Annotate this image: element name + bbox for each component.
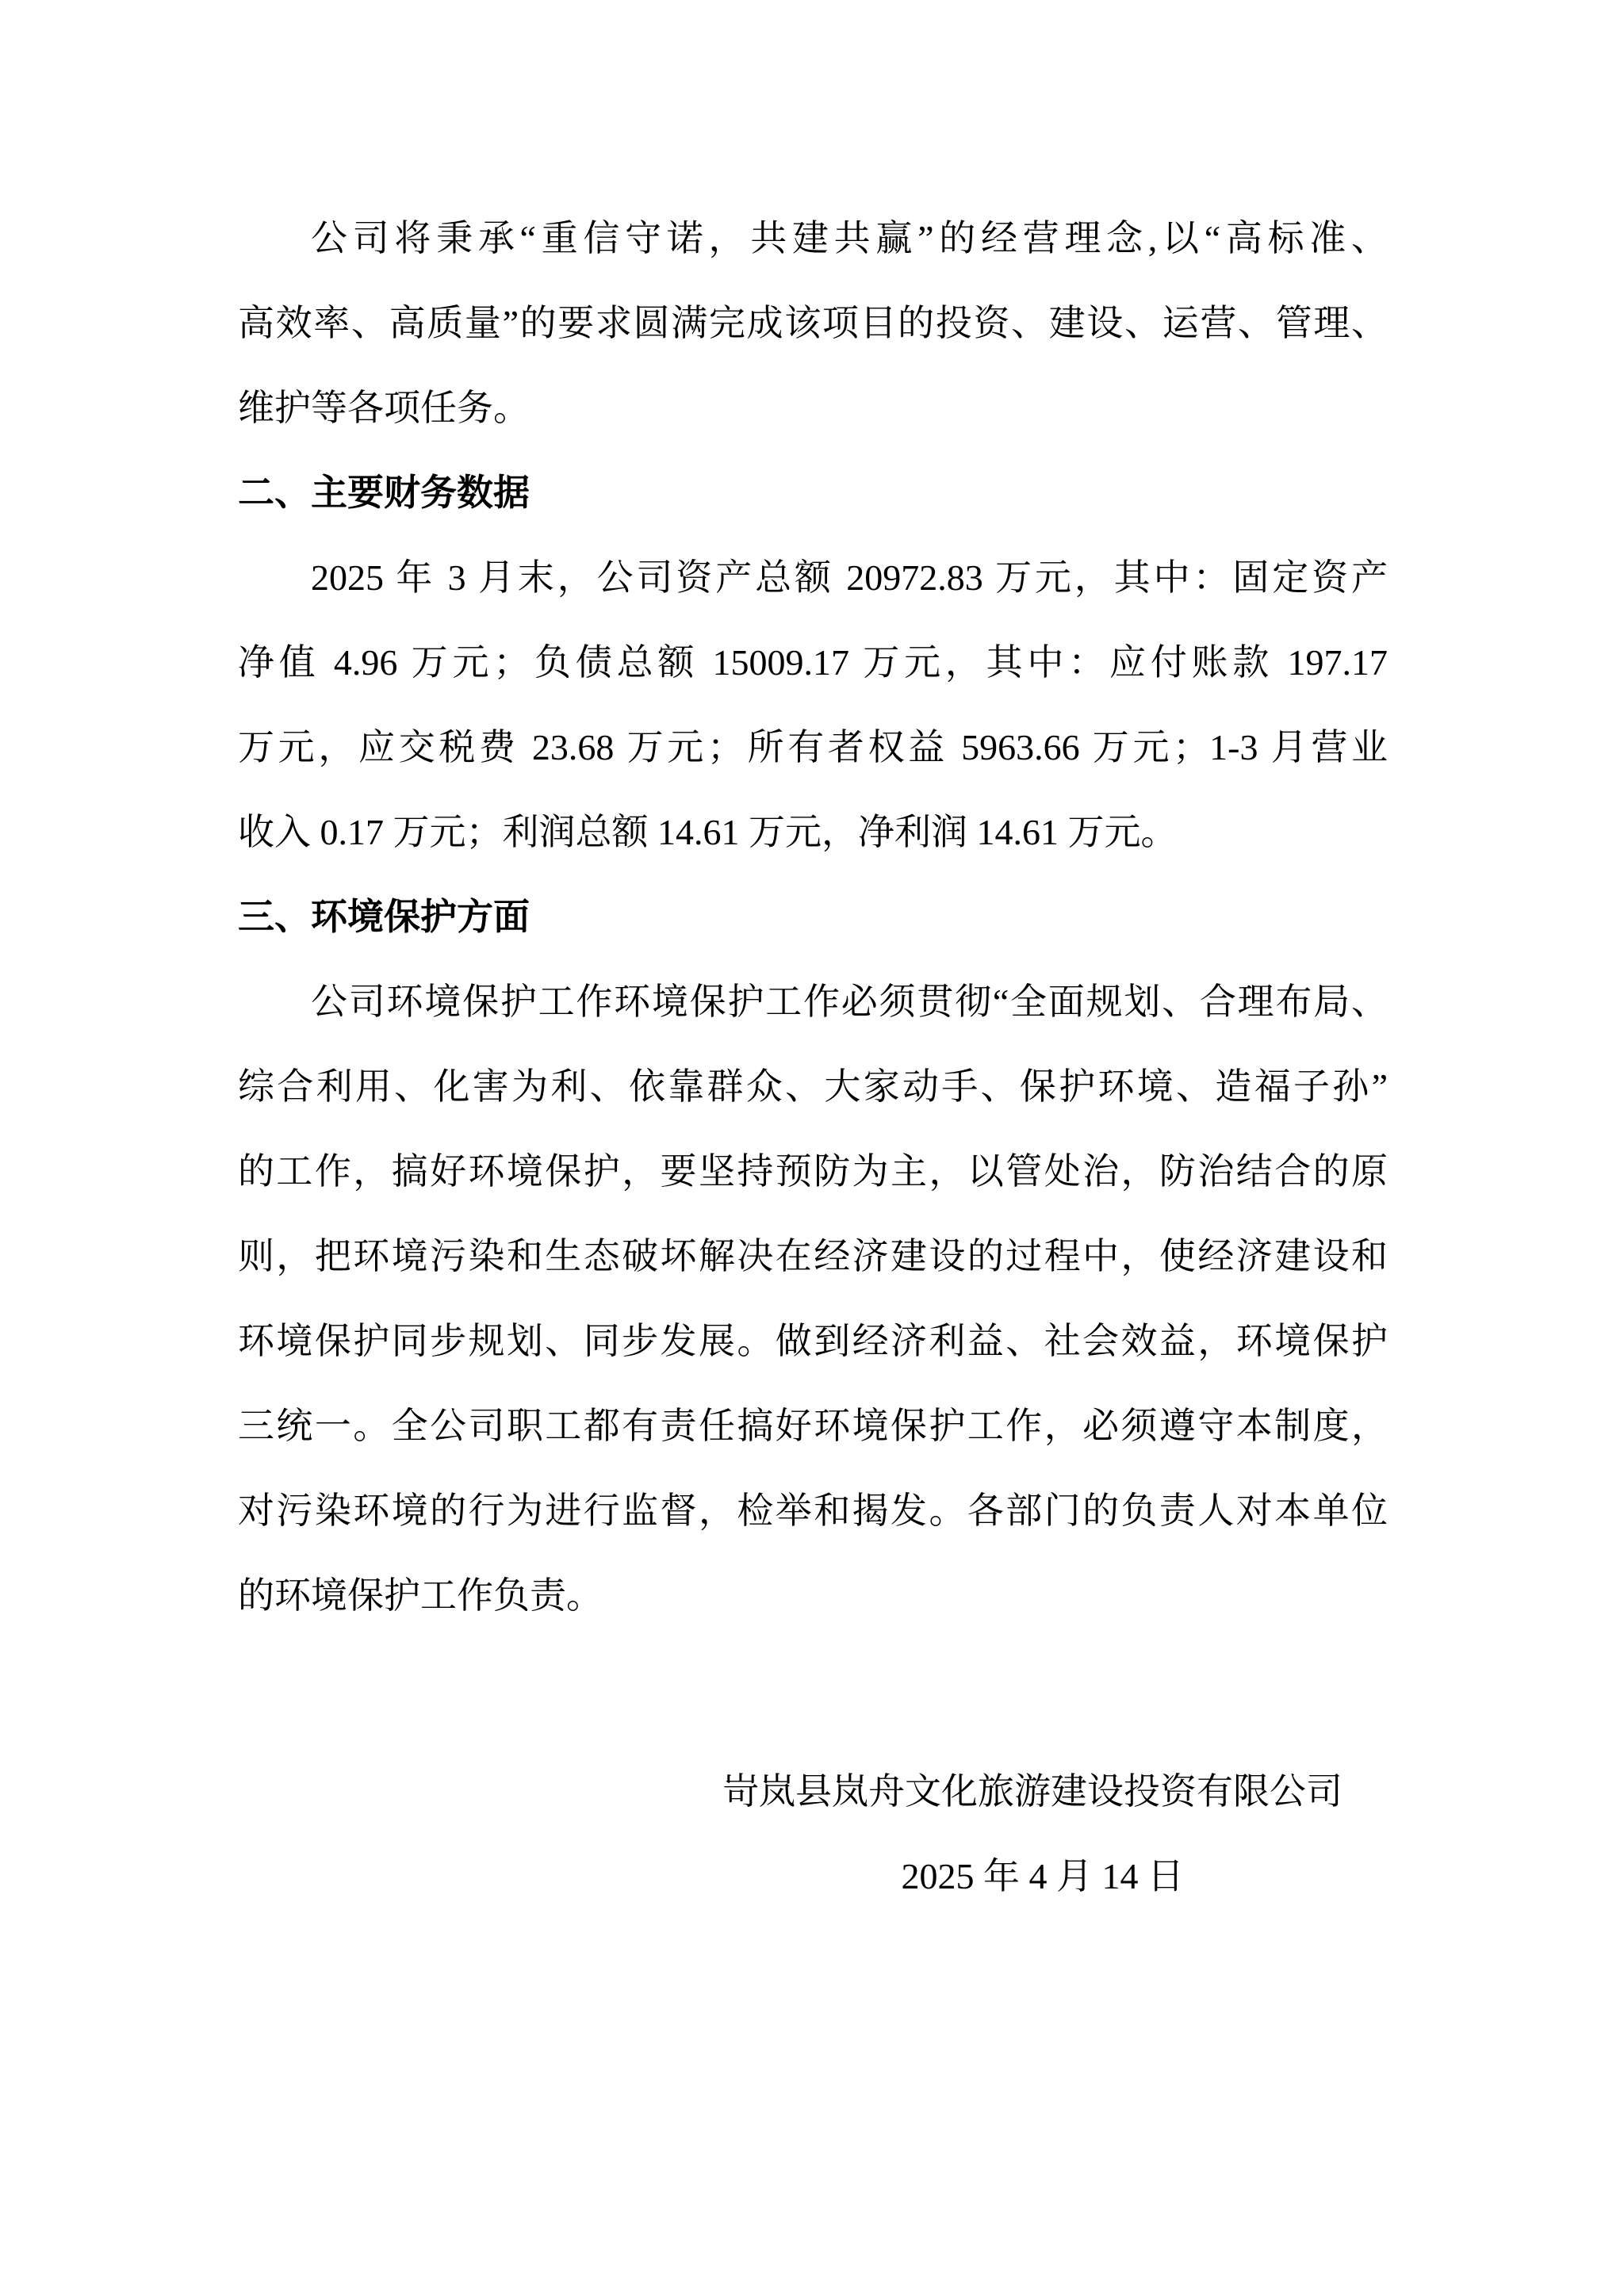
paragraph-line: 净值 4.96 万元；负债总额 15009.17 万元，其中：应付账款 197.… (238, 620, 1388, 705)
paragraph-line: 则，把环境污染和生态破坏解决在经济建设的过程中，使经济建设和 (238, 1214, 1388, 1299)
document-content: 公司将秉承“重信守诺，共建共赢”的经营理念,以“高标准、 高效率、高质量”的要求… (0, 0, 1624, 1919)
signature-date: 2025 年 4 月 14 日 (238, 1834, 1388, 1919)
document-page: 公司将秉承“重信守诺，共建共赢”的经营理念,以“高标准、 高效率、高质量”的要求… (0, 0, 1624, 2296)
paragraph-line: 收入 0.17 万元；利润总额 14.61 万元，净利润 14.61 万元。 (238, 790, 1388, 874)
paragraph-line: 2025 年 3 月末，公司资产总额 20972.83 万元，其中：固定资产 (238, 535, 1388, 620)
signature-company: 岢岚县岚舟文化旅游建设投资有限公司 (238, 1749, 1388, 1834)
section-heading-finance: 二、主要财务数据 (238, 450, 1388, 535)
paragraph-line: 万元，应交税费 23.68 万元；所有者权益 5963.66 万元；1-3 月营… (238, 705, 1388, 790)
paragraph-line: 的环境保护工作负责。 (238, 1553, 1388, 1638)
paragraph-line: 环境保护同步规划、同步发展。做到经济利益、社会效益，环境保护 (238, 1299, 1388, 1383)
paragraph-line: 高效率、高质量”的要求圆满完成该项目的投资、建设、运营、管理、 (238, 281, 1388, 365)
paragraph-line: 对污染环境的行为进行监督，检举和揭发。各部门的负责人对本单位 (238, 1468, 1388, 1553)
section-heading-environment: 三、环境保护方面 (238, 874, 1388, 959)
paragraph-line: 综合利用、化害为利、依靠群众、大家动手、保护环境、造福子孙” (238, 1044, 1388, 1129)
paragraph-line: 维护等各项任务。 (238, 365, 1388, 450)
paragraph-line: 的工作，搞好环境保护，要坚持预防为主，以管处治，防治结合的原 (238, 1129, 1388, 1214)
paragraph-line: 三统一。全公司职工都有责任搞好环境保护工作，必须遵守本制度， (238, 1383, 1388, 1468)
paragraph-line: 公司环境保护工作环境保护工作必须贯彻“全面规划、合理布局、 (238, 959, 1388, 1044)
paragraph-line: 公司将秉承“重信守诺，共建共赢”的经营理念,以“高标准、 (238, 196, 1388, 281)
